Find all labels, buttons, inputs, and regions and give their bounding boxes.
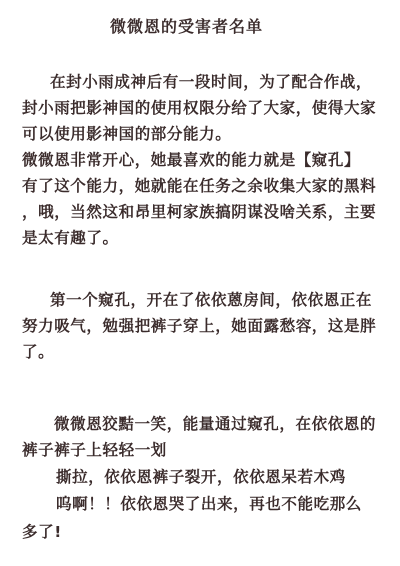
text-line: 第一个窥孔，开在了依依蒽房间，依依恩正在: [50, 288, 372, 310]
text-line: ，哦，当然这和昂里柯家族搞阴谋没啥关系，主要: [22, 200, 376, 222]
text-line: 封小雨把影神国的使用权限分给了大家，使得大家: [22, 96, 376, 118]
text-line: 裤子裤子上轻轻一划: [22, 438, 167, 460]
document-title: 微微恩的受害者名单: [110, 14, 263, 37]
text-line: 呜啊！！依依恩哭了出来，再也不能吃那么: [56, 492, 362, 514]
text-line: 努力吸气，勉强把裤子穿上，她面露愁容，这是胖: [22, 314, 376, 336]
text-line: 有了这个能力，她就能在任务之余收集大家的黑料: [22, 174, 376, 196]
text-line: 撕拉，依依恩裤子裂开，依依恩呆若木鸡: [56, 465, 346, 487]
text-line: 在封小雨成神后有一段时间，为了配合作战，: [50, 70, 372, 92]
text-line: 是太有趣了。: [22, 226, 119, 248]
text-line: 微微恩狡黠一笑，能量通过窥孔，在依依恩的: [54, 412, 376, 434]
text-line: 可以使用影神国的部分能力。: [22, 122, 231, 144]
text-line: 多了!: [22, 520, 62, 542]
text-line: 微微恩非常开心，她最喜欢的能力就是【窥孔】: [22, 148, 360, 170]
text-line: 了。: [22, 340, 54, 362]
